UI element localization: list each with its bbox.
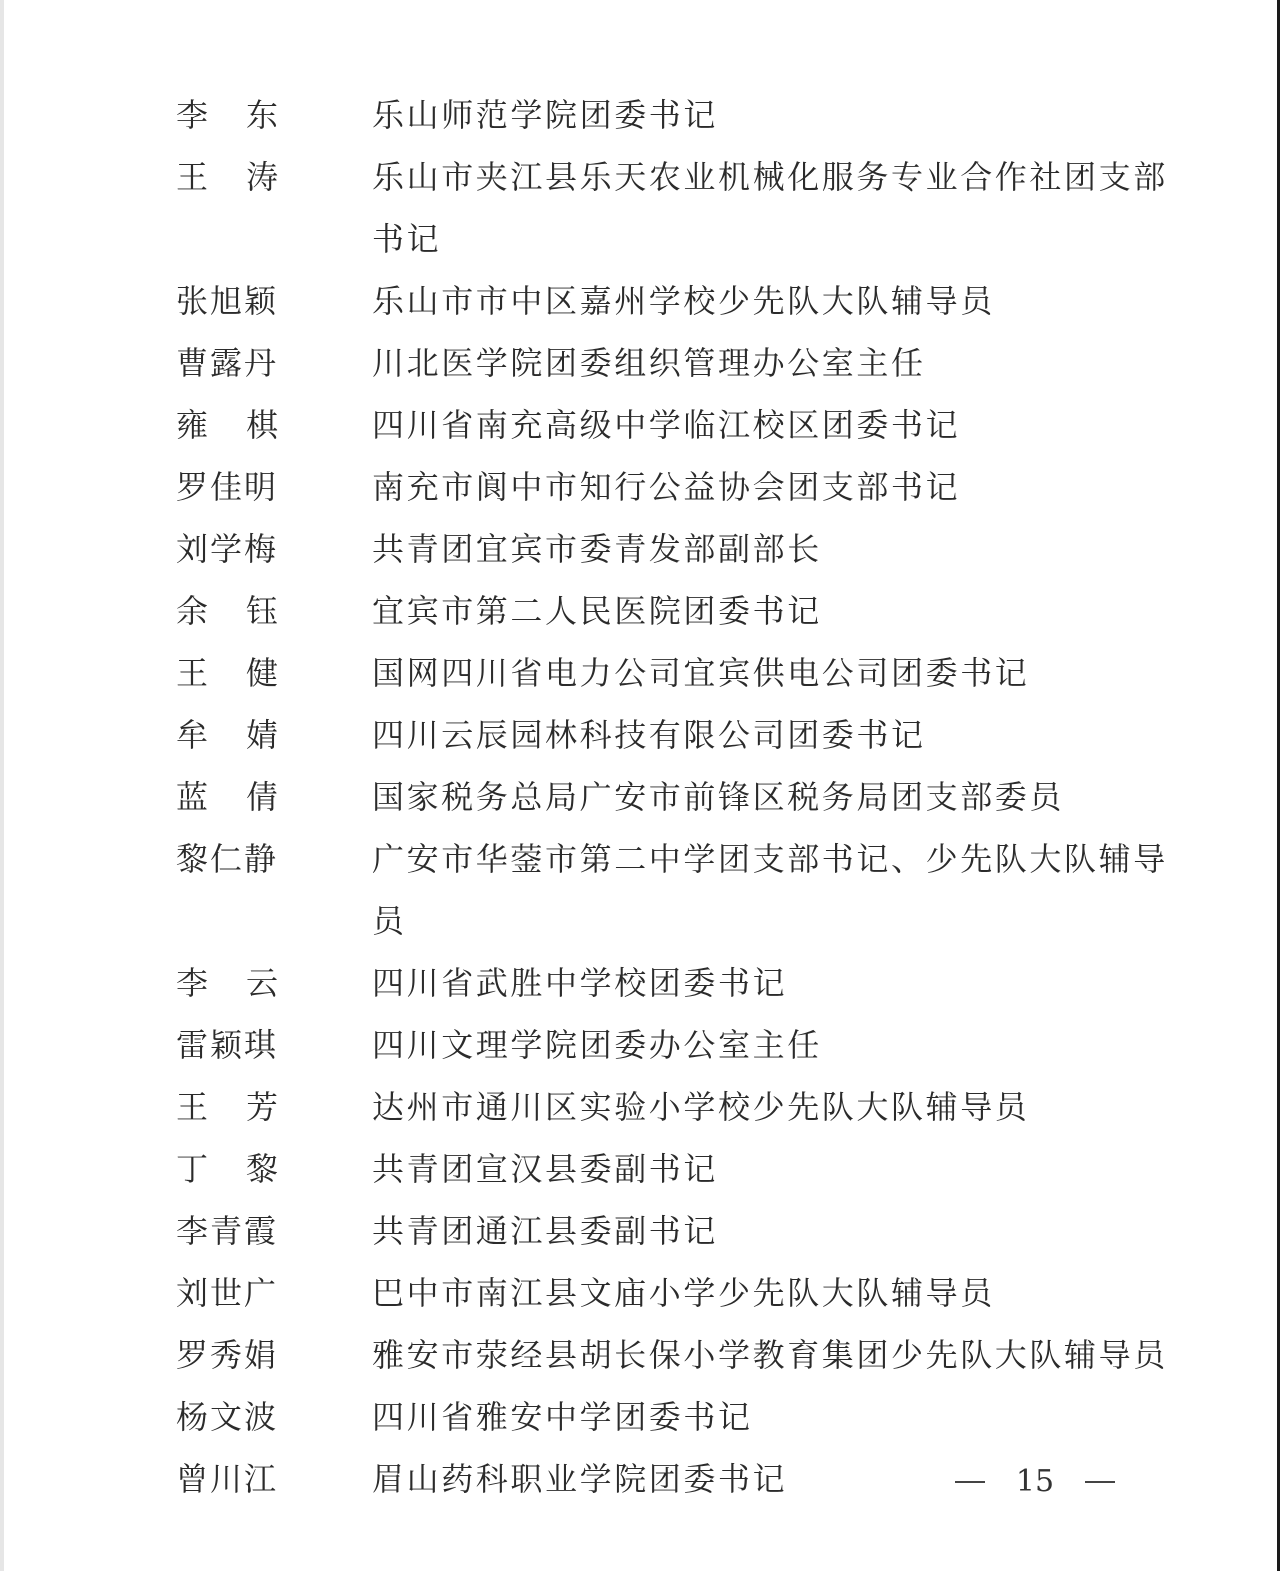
person-title: 共青团宜宾市委青发部副部长 (372, 518, 1172, 580)
person-title: 乐山市夹江县乐天农业机械化服务专业合作社团支部书记 (372, 146, 1172, 270)
person-title: 广安市华蓥市第二中学团支部书记、少先队大队辅导员 (372, 828, 1172, 952)
person-name: 曾川江 (176, 1448, 372, 1510)
page-number: 15 (1016, 1462, 1054, 1502)
list-item: 王涛 乐山市夹江县乐天农业机械化服务专业合作社团支部书记 (176, 146, 1176, 270)
list-item: 杨文波 四川省雅安中学团委书记 (176, 1386, 1176, 1448)
dash-left (955, 1481, 985, 1483)
list-item: 张旭颖 乐山市市中区嘉州学校少先队大队辅导员 (176, 270, 1176, 332)
person-title: 四川云辰园林科技有限公司团委书记 (372, 704, 1172, 766)
person-name: 罗秀娟 (176, 1324, 372, 1386)
person-title: 雅安市荥经县胡长保小学教育集团少先队大队辅导员 (372, 1324, 1172, 1386)
list-item: 李东 乐山师范学院团委书记 (176, 84, 1176, 146)
person-title: 四川文理学院团委办公室主任 (372, 1014, 1172, 1076)
person-title: 四川省南充高级中学临江校区团委书记 (372, 394, 1172, 456)
person-name: 曹露丹 (176, 332, 372, 394)
list-item: 雷颖琪 四川文理学院团委办公室主任 (176, 1014, 1176, 1076)
person-name: 王健 (176, 642, 372, 704)
list-item: 刘世广 巴中市南江县文庙小学少先队大队辅导员 (176, 1262, 1176, 1324)
page-footer: 15 (955, 1462, 1115, 1502)
person-title: 国家税务总局广安市前锋区税务局团支部委员 (372, 766, 1172, 828)
honoree-list: 李东 乐山师范学院团委书记 王涛 乐山市夹江县乐天农业机械化服务专业合作社团支部… (176, 84, 1176, 1510)
person-name: 李云 (176, 952, 372, 1014)
person-name: 牟婧 (176, 704, 372, 766)
document-page: 李东 乐山师范学院团委书记 王涛 乐山市夹江县乐天农业机械化服务专业合作社团支部… (0, 0, 1280, 1571)
dash-right (1085, 1481, 1115, 1483)
list-item: 牟婧 四川云辰园林科技有限公司团委书记 (176, 704, 1176, 766)
person-name: 雍棋 (176, 394, 372, 456)
person-title: 乐山师范学院团委书记 (372, 84, 1172, 146)
list-item: 余钰 宜宾市第二人民医院团委书记 (176, 580, 1176, 642)
person-title: 四川省武胜中学校团委书记 (372, 952, 1172, 1014)
person-name: 丁黎 (176, 1138, 372, 1200)
person-name: 刘学梅 (176, 518, 372, 580)
list-item: 王健 国网四川省电力公司宜宾供电公司团委书记 (176, 642, 1176, 704)
person-title: 巴中市南江县文庙小学少先队大队辅导员 (372, 1262, 1172, 1324)
person-name: 黎仁静 (176, 828, 372, 890)
person-title: 达州市通川区实验小学校少先队大队辅导员 (372, 1076, 1172, 1138)
list-item: 李青霞 共青团通江县委副书记 (176, 1200, 1176, 1262)
person-title: 四川省雅安中学团委书记 (372, 1386, 1172, 1448)
person-name: 王涛 (176, 146, 372, 208)
list-item: 丁黎 共青团宣汉县委副书记 (176, 1138, 1176, 1200)
list-item: 曹露丹 川北医学院团委组织管理办公室主任 (176, 332, 1176, 394)
list-item: 李云 四川省武胜中学校团委书记 (176, 952, 1176, 1014)
person-title: 国网四川省电力公司宜宾供电公司团委书记 (372, 642, 1172, 704)
person-name: 李东 (176, 84, 372, 146)
person-name: 李青霞 (176, 1200, 372, 1262)
list-item: 刘学梅 共青团宜宾市委青发部副部长 (176, 518, 1176, 580)
person-title: 乐山市市中区嘉州学校少先队大队辅导员 (372, 270, 1172, 332)
person-title: 共青团通江县委副书记 (372, 1200, 1172, 1262)
person-name: 蓝倩 (176, 766, 372, 828)
person-title: 南充市阆中市知行公益协会团支部书记 (372, 456, 1172, 518)
list-item: 罗佳明 南充市阆中市知行公益协会团支部书记 (176, 456, 1176, 518)
person-name: 雷颖琪 (176, 1014, 372, 1076)
person-title: 宜宾市第二人民医院团委书记 (372, 580, 1172, 642)
person-name: 罗佳明 (176, 456, 372, 518)
list-item: 罗秀娟 雅安市荥经县胡长保小学教育集团少先队大队辅导员 (176, 1324, 1176, 1386)
person-name: 杨文波 (176, 1386, 372, 1448)
person-name: 王芳 (176, 1076, 372, 1138)
list-item: 蓝倩 国家税务总局广安市前锋区税务局团支部委员 (176, 766, 1176, 828)
list-item: 王芳 达州市通川区实验小学校少先队大队辅导员 (176, 1076, 1176, 1138)
person-name: 余钰 (176, 580, 372, 642)
person-title: 共青团宣汉县委副书记 (372, 1138, 1172, 1200)
person-title: 川北医学院团委组织管理办公室主任 (372, 332, 1172, 394)
person-name: 张旭颖 (176, 270, 372, 332)
person-name: 刘世广 (176, 1262, 372, 1324)
list-item: 雍棋 四川省南充高级中学临江校区团委书记 (176, 394, 1176, 456)
list-item: 黎仁静 广安市华蓥市第二中学团支部书记、少先队大队辅导员 (176, 828, 1176, 952)
